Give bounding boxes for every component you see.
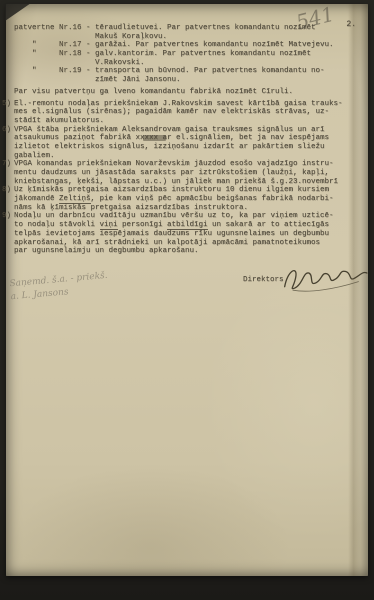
shelter-assignments-list: patvertne Nr.16 - tēraudlietuvei. Par pa… [14, 24, 364, 85]
document-paper: 541 2. patvertne Nr.16 - tēraudlietuvei.… [6, 4, 368, 576]
order-item-7: 7) VPGA komandas priekšniekam Novarževsk… [14, 160, 364, 186]
strikeout-mark [143, 135, 166, 141]
text-line: " Nr.17 - garāžai. Par patvertnes komand… [14, 41, 364, 50]
text-line: " Nr.18 - galv.kantorim. Par patvertnes … [14, 50, 364, 59]
item-number: 5) [2, 100, 14, 109]
text-line: Uz ķīmiskās pretgaisa aizsardzības instr… [14, 186, 364, 195]
underline-mark-atbildigi [167, 229, 208, 230]
text-line: mes el.signālus (sirēnas); pagaidām kamē… [14, 108, 364, 117]
text-line: izlietot elektriskos signālus, izziņošan… [14, 143, 364, 152]
text-line: mentu daudzums un jāsastāda saraksts par… [14, 169, 364, 178]
text-line: atsaukumus paziņot fabrikā xxxxx ar el.s… [14, 134, 364, 143]
item-number: 8) [2, 186, 14, 195]
text-line: Nodaļu un darbnīcu vadītāju uzmanību vēr… [14, 212, 364, 221]
text-line: El.-remontu nodaļas priekšniekam J.Rakov… [14, 100, 364, 109]
document-photo: 541 2. patvertne Nr.16 - tēraudlietuvei.… [0, 0, 374, 600]
director-signature-ink [277, 251, 372, 301]
text-line: telpās ievietojams iespējamais daudzums … [14, 230, 364, 239]
general-commandant-line: Par visu patvertņu ga lveno komandantu f… [14, 88, 364, 97]
order-item-lines: VPGA štāba priekšniekam Aleksandrovam ga… [14, 126, 364, 161]
text-line: VPGA komandas priekšniekam Novarževskim … [14, 160, 364, 169]
item-number: 9) [2, 212, 14, 221]
text-line: gabaliem. [14, 152, 364, 161]
order-item-6: 6) VPGA štāba priekšniekam Aleksandrovam… [14, 126, 364, 161]
underline-mark-zeltins [59, 203, 91, 204]
pencil-annotation: Saņemd. š.a. - priekš. a. L. Jansons [9, 270, 109, 304]
order-item-lines: VPGA komandas priekšniekam Novarževskim … [14, 160, 364, 186]
order-text-block: patvertne Nr.16 - tēraudlietuvei. Par pa… [14, 24, 364, 256]
text-line: zīmēt Jāni Jansonu. [14, 76, 364, 85]
text-line: stādīt akumulatorus. [14, 117, 364, 126]
item-number: 7) [2, 160, 14, 169]
underline-mark-vini [100, 229, 118, 230]
order-item-lines: Nodaļu un darbnīcu vadītāju uzmanību vēr… [14, 212, 364, 255]
text-line: VPGA štāba priekšniekam Aleksandrovam ga… [14, 126, 364, 135]
order-item-8: 8) Uz ķīmiskās pretgaisa aizsardzības in… [14, 186, 364, 212]
text-line: " Nr.19 - transporta un būvnod. Par patv… [14, 67, 364, 76]
text-line: apkarošanai, kā arī strādnieki un kalpot… [14, 239, 364, 248]
order-item-5: 5) El.-remontu nodaļas priekšniekam J.Ra… [14, 100, 364, 126]
order-item-9: 9) Nodaļu un darbnīcu vadītāju uzmanību … [14, 212, 364, 255]
text-line: patvertne Nr.16 - tēraudlietuvei. Par pa… [14, 24, 364, 33]
order-item-lines: El.-remontu nodaļas priekšniekam J.Rakov… [14, 100, 364, 126]
order-item-lines: Uz ķīmiskās pretgaisa aizsardzības instr… [14, 186, 364, 212]
paper-corner-shadow [5, 3, 31, 21]
item-number: 6) [2, 126, 14, 135]
